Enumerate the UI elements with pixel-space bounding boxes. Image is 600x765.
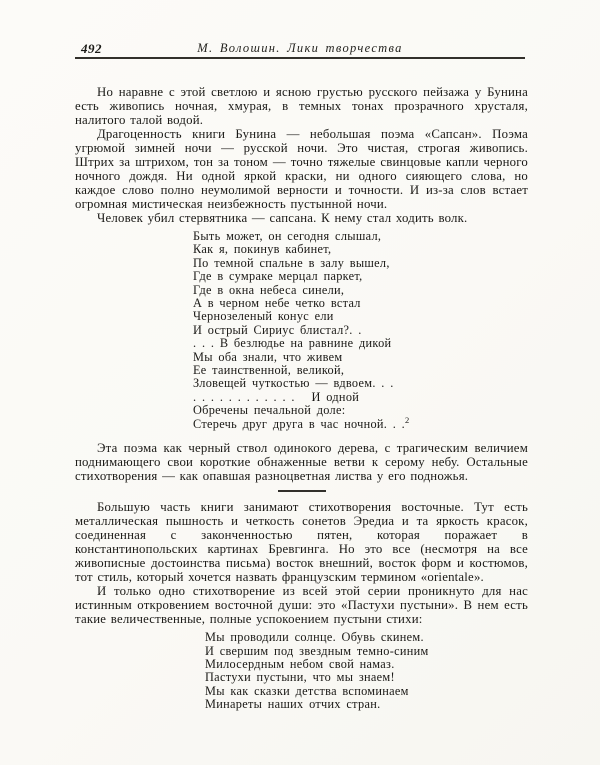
poem-line: Где в сумраке мерцал паркет,: [193, 270, 528, 283]
paragraph-5: Большую часть книги занимают стихотворен…: [75, 500, 528, 584]
poem-sapsan: Быть может, он сегодня слышал, Как я, по…: [193, 230, 528, 431]
poem-line: Как я, покинув кабинет,: [193, 243, 528, 256]
page-header: 492 М. Волошин. Лики творчества: [75, 41, 525, 57]
header-rule: [75, 57, 525, 59]
page-body: Но наравне с этой светлою и ясною грусть…: [75, 85, 528, 712]
poem-line: И свершим под звездным темно-синим: [205, 645, 528, 658]
poem-line: По темной спальне в залу вышел,: [193, 257, 528, 270]
poem-line: Мы как сказки детства вспоминаем: [205, 685, 528, 698]
paragraph-6: И только одно стихотворение из всей этой…: [75, 584, 528, 626]
section-separator-rule: [278, 490, 326, 492]
poem-line: . . . . . . . . . . . . И одной: [193, 391, 528, 404]
poem-line: Милосердным небом свой намаз.: [205, 658, 528, 671]
poem-line-text: Стеречь друг друга в час ночной. . .: [193, 417, 405, 431]
poem-line: Где в окна небеса синели,: [193, 284, 528, 297]
poem-line: Пастухи пустыни, что мы знаем!: [205, 671, 528, 684]
book-page: 492 М. Волошин. Лики творчества Но нарав…: [0, 0, 600, 765]
poem-line: Зловещей чуткостью — вдвоем. . .: [193, 377, 528, 390]
paragraph-4: Эта поэма как черный ствол одинокого дер…: [75, 441, 528, 483]
poem-line: Быть может, он сегодня слышал,: [193, 230, 528, 243]
paragraph-2: Драгоценность книги Бунина — небольшая п…: [75, 127, 528, 211]
paragraph-1: Но наравне с этой светлою и ясною грусть…: [75, 85, 528, 127]
poem-line: Чернозеленый конус ели: [193, 310, 528, 323]
poem-line: Ее таинственной, великой,: [193, 364, 528, 377]
poem-line: А в черном небе четко встал: [193, 297, 528, 310]
poem-line-with-footnote: Стеречь друг друга в час ночной. . .2: [193, 418, 528, 431]
poem-line: И острый Сириус блистал?. .: [193, 324, 528, 337]
paragraph-3: Человек убил стервятника — сапсана. К не…: [75, 211, 528, 225]
poem-line: Минареты наших отчих стран.: [205, 698, 528, 711]
poem-line: Мы проводили солнце. Обувь скинем.: [205, 631, 528, 644]
running-title: М. Волошин. Лики творчества: [75, 41, 525, 56]
poem-line: . . . В безлюдье на равнине дикой: [193, 337, 528, 350]
poem-line: Обречены печальной доле:: [193, 404, 528, 417]
footnote-marker: 2: [405, 415, 410, 425]
poem-line: Мы оба знали, что живем: [193, 351, 528, 364]
poem-shepherds-of-desert: Мы проводили солнце. Обувь скинем. И све…: [205, 631, 528, 711]
